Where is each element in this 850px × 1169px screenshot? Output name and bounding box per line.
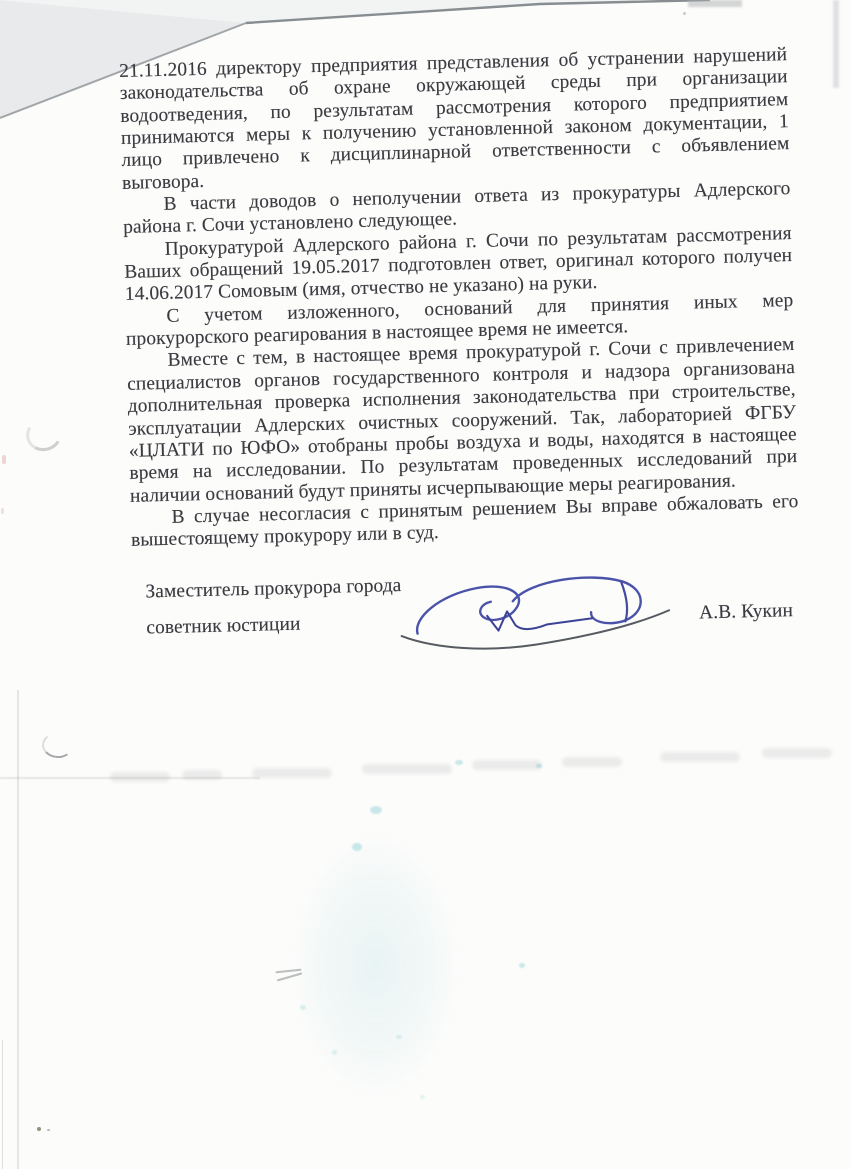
paragraph: Вместе с тем, в настоящее время прокурат… [126,334,798,507]
signer-position-line1: Заместитель прокурора города [145,575,401,603]
handwritten-signature [394,563,686,665]
ink-bleed-dot [536,764,542,768]
dust-speck [37,1127,41,1131]
ink-bleed-dot [300,1005,306,1010]
paper-dimple-mark [22,414,65,455]
paper-crease-line [17,690,19,1169]
edge-speck [2,455,6,464]
document-content: 21.11.2016 директору предприятия предста… [119,44,804,761]
signer-position-line2: советник юстиции [146,614,301,640]
dust-speck [683,12,686,15]
ink-bleed-dot [420,1095,425,1099]
dust-speck [47,1129,50,1131]
ink-bleed-dot [370,806,382,814]
ink-bleed-dot [519,963,525,968]
scan-streak [833,0,839,88]
pencil-check-mark [41,731,74,759]
ink-bleed-dot [332,1050,337,1055]
scanned-page: 21.11.2016 директору предприятия предста… [0,0,850,1169]
ink-bleed-dot [455,760,463,765]
scan-mark [688,0,742,7]
document-paragraphs: 21.11.2016 директору предприятия предста… [119,44,799,552]
paper-crease-line [2,1040,3,1169]
edge-speck [1,508,4,514]
paragraph: 21.11.2016 директору предприятия предста… [119,44,790,195]
ink-bleed-dot [352,843,362,851]
signer-name: А.В. Кукин [699,600,793,624]
ink-bleed-dot [396,1035,402,1039]
